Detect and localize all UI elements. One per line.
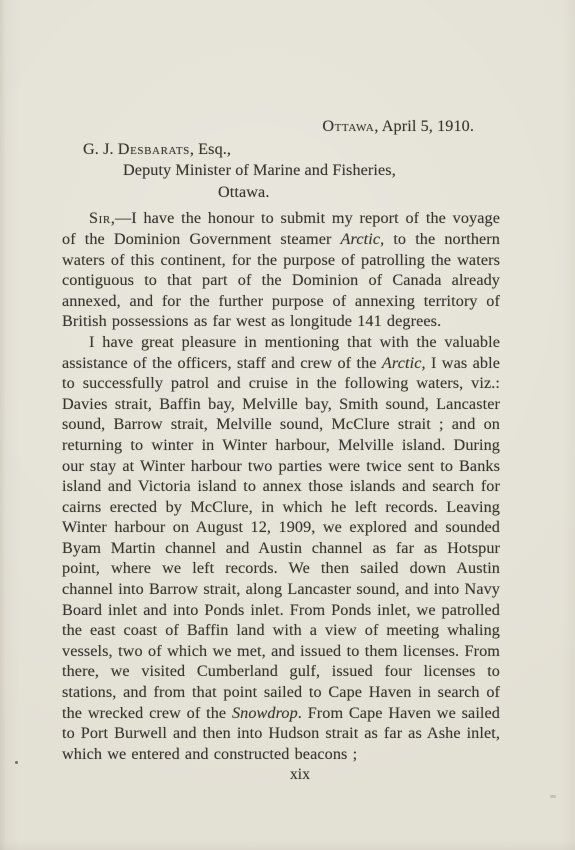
- letter-dateline: Ottawa, April 5, 1910.: [62, 116, 500, 137]
- addressee-title: Deputy Minister of Marine and Fisheries,: [62, 160, 500, 181]
- addressee-city: Ottawa.: [62, 182, 500, 203]
- letter-paragraph-2: I have great pleasure in mentioning that…: [62, 332, 500, 764]
- scanned-book-page: Ottawa, April 5, 1910. G. J. Desbarats, …: [0, 0, 575, 850]
- text-segment: G. J.: [83, 140, 118, 158]
- text-segment: Ottawa: [322, 117, 374, 135]
- text-segment: , I was able to successfully patrol and …: [62, 354, 500, 722]
- text-segment: Snowdrop: [232, 704, 298, 722]
- letter-addressee-block: G. J. Desbarats, Esq., Deputy Minister o…: [62, 139, 500, 203]
- text-segment: , April 5, 1910.: [374, 117, 474, 135]
- letter-body: Sir,—I have the honour to submit my repo…: [62, 208, 500, 764]
- text-segment: Sir: [89, 209, 111, 227]
- letter-paragraph-1: Sir,—I have the honour to submit my repo…: [62, 208, 500, 332]
- addressee-name: G. J. Desbarats, Esq.,: [62, 139, 500, 160]
- text-segment: , Esq.,: [190, 140, 231, 158]
- text-segment: Desbarats: [118, 140, 190, 158]
- page-number: xix: [62, 765, 500, 786]
- text-segment: Arctic: [382, 354, 422, 372]
- letter-content: Ottawa, April 5, 1910. G. J. Desbarats, …: [62, 0, 500, 786]
- paper-smudge: [550, 795, 556, 798]
- text-segment: Arctic: [341, 230, 381, 248]
- ink-speck: [15, 761, 18, 764]
